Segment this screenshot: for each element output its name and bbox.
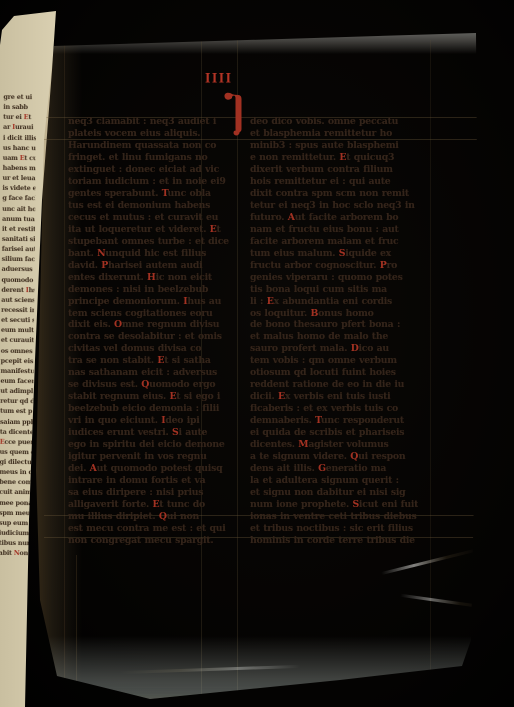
manuscript-photo: gre et uiin sabbtur ei Etar Iurauii dici… <box>0 0 514 707</box>
previous-leaf-edge-text: gre et uiin sabbtur ei Etar Iurauii dici… <box>0 92 36 560</box>
page-edge-vignette <box>0 0 514 707</box>
leaf-gutter-shadow <box>504 0 514 707</box>
manuscript-page: IIII neq3 clamabit : neq3 audiet iplatei… <box>0 0 514 707</box>
